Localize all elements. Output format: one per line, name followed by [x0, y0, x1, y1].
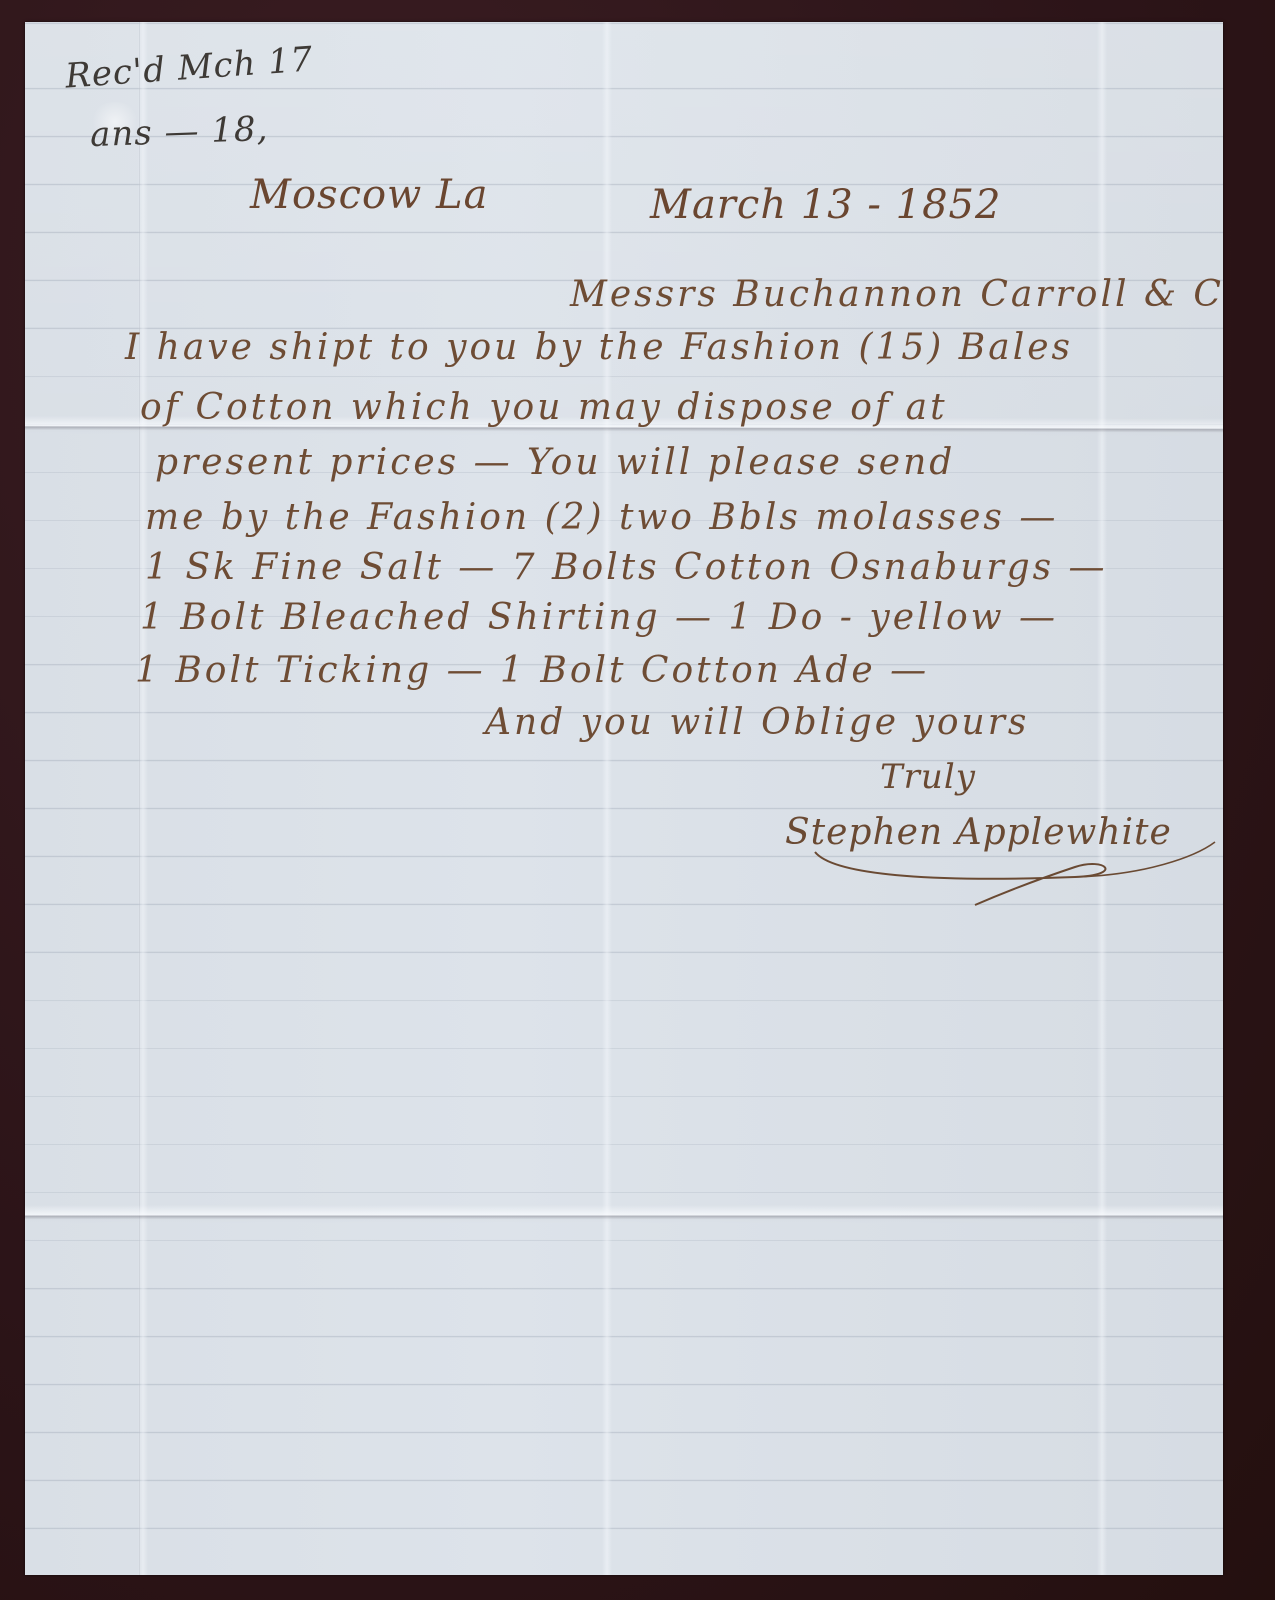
dateline-date: March 13 - 1852: [650, 182, 1001, 228]
vertical-fold-left: [138, 22, 148, 1575]
body-line-6: 1 Bolt Bleached Shirting — 1 Do - yellow…: [140, 597, 1058, 638]
horizontal-fold-lower: [25, 1205, 1223, 1223]
body-line-5: 1 Sk Fine Salt — 7 Bolts Cotton Osnaburg…: [145, 547, 1108, 588]
body-line-1: I have shipt to you by the Fashion (15) …: [125, 327, 1073, 368]
body-line-2: of Cotton which you may dispose of at: [140, 387, 948, 428]
body-line-4: me by the Fashion (2) two Bbls molasses …: [145, 497, 1058, 538]
body-line-3: present prices — You will please send: [155, 442, 955, 483]
body-line-8: And you will Oblige yours: [485, 702, 1029, 743]
dateline-place: Moscow La: [250, 172, 488, 218]
vertical-fold-center: [602, 22, 612, 1575]
docket-answered: ans — 18,: [89, 109, 269, 155]
signature-flourish: [745, 837, 1223, 917]
body-line-7: 1 Bolt Ticking — 1 Bolt Cotton Ade —: [135, 650, 929, 691]
ruled-lines: [25, 22, 1223, 1575]
letter-sheet: Rec'd Mch 17 ans — 18, Moscow La March 1…: [25, 22, 1223, 1575]
vertical-fold-right: [1097, 22, 1107, 1575]
salutation: Messrs Buchannon Carroll & Co: [570, 274, 1223, 315]
closing: Truly: [880, 757, 976, 797]
